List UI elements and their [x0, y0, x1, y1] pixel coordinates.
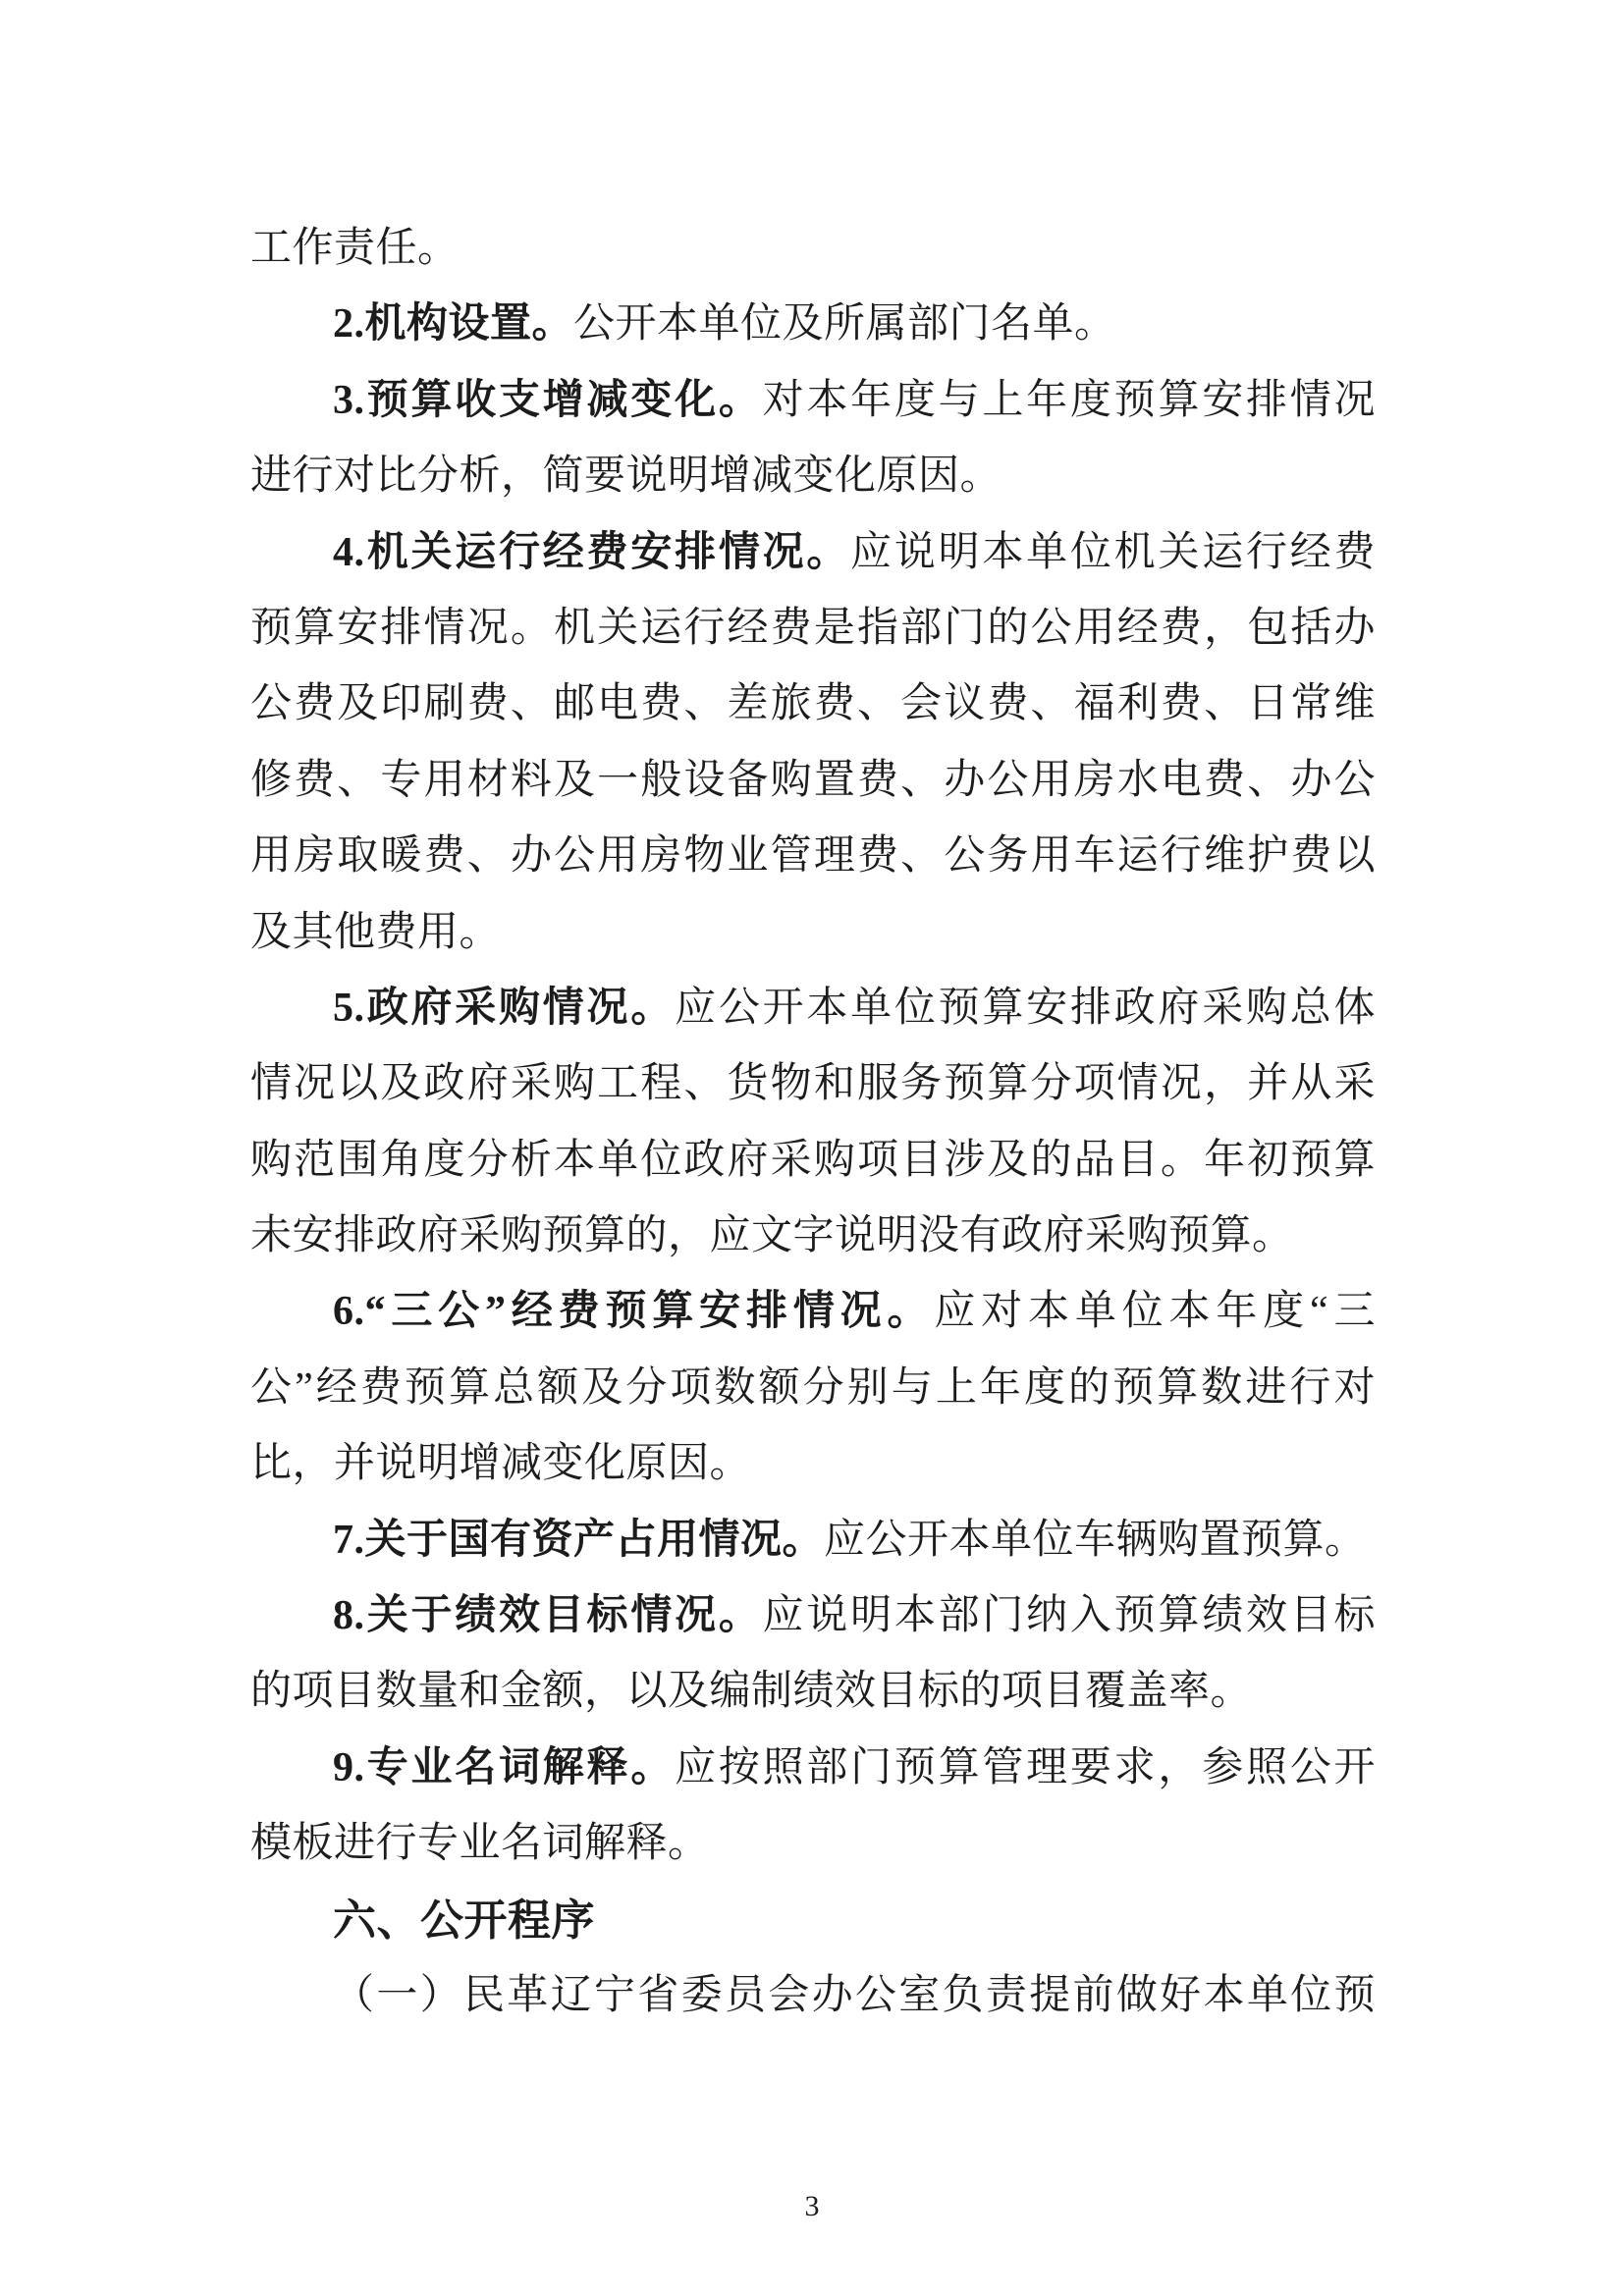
text-run: 应公开本单位预算安排政府采购总体 [675, 986, 1376, 1031]
text-run: 应说明本部门纳入预算绩效目标 [763, 1593, 1376, 1638]
bold-run: 六、公开程序 [333, 1896, 595, 1945]
text-run: 对本年度与上年度预算安排情况 [763, 378, 1376, 423]
text-line: 4.机关运行经费安排情况。应说明本单位机关运行经费 [250, 515, 1376, 591]
text-run: 比，并说明增减变化原因。 [250, 1441, 751, 1486]
text-run: 应公开本单位车辆购置预算。 [824, 1518, 1367, 1563]
text-run: 应对本单位本年度“三 [934, 1289, 1376, 1334]
text-line: 及其他费用。 [250, 895, 1376, 971]
text-line: 6.“三公”经费预算安排情况。应对本单位本年度“三 [250, 1274, 1376, 1350]
text-run: 的项目数量和金额，以及编制绩效目标的项目覆盖率。 [250, 1669, 1252, 1714]
text-run: 应说明本单位机关运行经费 [850, 530, 1376, 575]
bold-run: 2.机构设置。 [333, 301, 573, 347]
text-line: （一）民革辽宁省委员会办公室负责提前做好本单位预 [250, 1958, 1376, 2034]
text-line: 比，并说明增减变化原因。 [250, 1426, 1376, 1502]
text-line: 的项目数量和金额，以及编制绩效目标的项目覆盖率。 [250, 1654, 1376, 1730]
text-line: 5.政府采购情况。应公开本单位预算安排政府采购总体 [250, 971, 1376, 1046]
text-line: 2.机构设置。公开本单位及所属部门名单。 [250, 287, 1376, 362]
bold-run: 4.机关运行经费安排情况。 [333, 530, 850, 575]
section-heading: 六、公开程序 [250, 1883, 1376, 1958]
text-run: 预算安排情况。机关运行经费是指部门的公用经费，包括办 [250, 606, 1376, 651]
text-line: 模板进行专业名词解释。 [250, 1806, 1376, 1882]
text-line: 公费及印刷费、邮电费、差旅费、会议费、福利费、日常维 [250, 667, 1376, 742]
document-body: 工作责任。2.机构设置。公开本单位及所属部门名单。3.预算收支增减变化。对本年度… [250, 211, 1376, 2034]
bold-run: 7.关于国有资产占用情况。 [333, 1518, 824, 1563]
bold-run: 9.专业名词解释。 [333, 1745, 675, 1790]
text-line: 3.预算收支增减变化。对本年度与上年度预算安排情况 [250, 363, 1376, 439]
text-line: 预算安排情况。机关运行经费是指部门的公用经费，包括办 [250, 591, 1376, 667]
text-run: 模板进行专业名词解释。 [250, 1821, 710, 1866]
text-line: 用房取暖费、办公用房物业管理费、公务用车运行维护费以 [250, 819, 1376, 894]
bold-run: 6.“三公”经费预算安排情况。 [333, 1289, 934, 1334]
text-line: 8.关于绩效目标情况。应说明本部门纳入预算绩效目标 [250, 1578, 1376, 1654]
text-run: 购范围角度分析本单位政府采购项目涉及的品目。年初预算 [250, 1138, 1376, 1183]
text-line: 进行对比分析，简要说明增减变化原因。 [250, 439, 1376, 514]
text-line: 购范围角度分析本单位政府采购项目涉及的品目。年初预算 [250, 1123, 1376, 1199]
text-run: 未安排政府采购预算的，应文字说明没有政府采购预算。 [250, 1213, 1294, 1258]
text-run: 进行对比分析，简要说明增减变化原因。 [250, 454, 1001, 499]
text-run: 修费、专用材料及一般设备购置费、办公用房水电费、办公 [250, 758, 1376, 803]
text-line: 情况以及政府采购工程、货物和服务预算分项情况，并从采 [250, 1046, 1376, 1122]
text-run: 及其他费用。 [250, 910, 501, 955]
page-number: 3 [0, 2189, 1624, 2224]
document-page: 工作责任。2.机构设置。公开本单位及所属部门名单。3.预算收支增减变化。对本年度… [0, 0, 1624, 2296]
bold-run: 8.关于绩效目标情况。 [333, 1593, 763, 1638]
text-line: 公”经费预算总额及分项数额分别与上年度的预算数进行对 [250, 1351, 1376, 1426]
text-run: 公开本单位及所属部门名单。 [573, 301, 1116, 347]
text-run: 用房取暖费、办公用房物业管理费、公务用车运行维护费以 [250, 833, 1376, 879]
text-run: 情况以及政府采购工程、货物和服务预算分项情况，并从采 [250, 1061, 1376, 1106]
text-run: 应按照部门预算管理要求，参照公开 [675, 1745, 1376, 1790]
text-run: 公”经费预算总额及分项数额分别与上年度的预算数进行对 [250, 1365, 1376, 1411]
text-line: 9.专业名词解释。应按照部门预算管理要求，参照公开 [250, 1731, 1376, 1806]
bold-run: 5.政府采购情况。 [333, 986, 675, 1031]
text-line: 修费、专用材料及一般设备购置费、办公用房水电费、办公 [250, 743, 1376, 819]
text-line: 未安排政府采购预算的，应文字说明没有政府采购预算。 [250, 1199, 1376, 1274]
text-run: （一）民革辽宁省委员会办公室负责提前做好本单位预 [333, 1973, 1376, 2018]
bold-run: 3.预算收支增减变化。 [333, 378, 763, 423]
text-run: 公费及印刷费、邮电费、差旅费、会议费、福利费、日常维 [250, 681, 1376, 726]
text-run: 工作责任。 [250, 226, 460, 271]
text-line: 7.关于国有资产占用情况。应公开本单位车辆购置预算。 [250, 1503, 1376, 1578]
text-line: 工作责任。 [250, 211, 1376, 287]
